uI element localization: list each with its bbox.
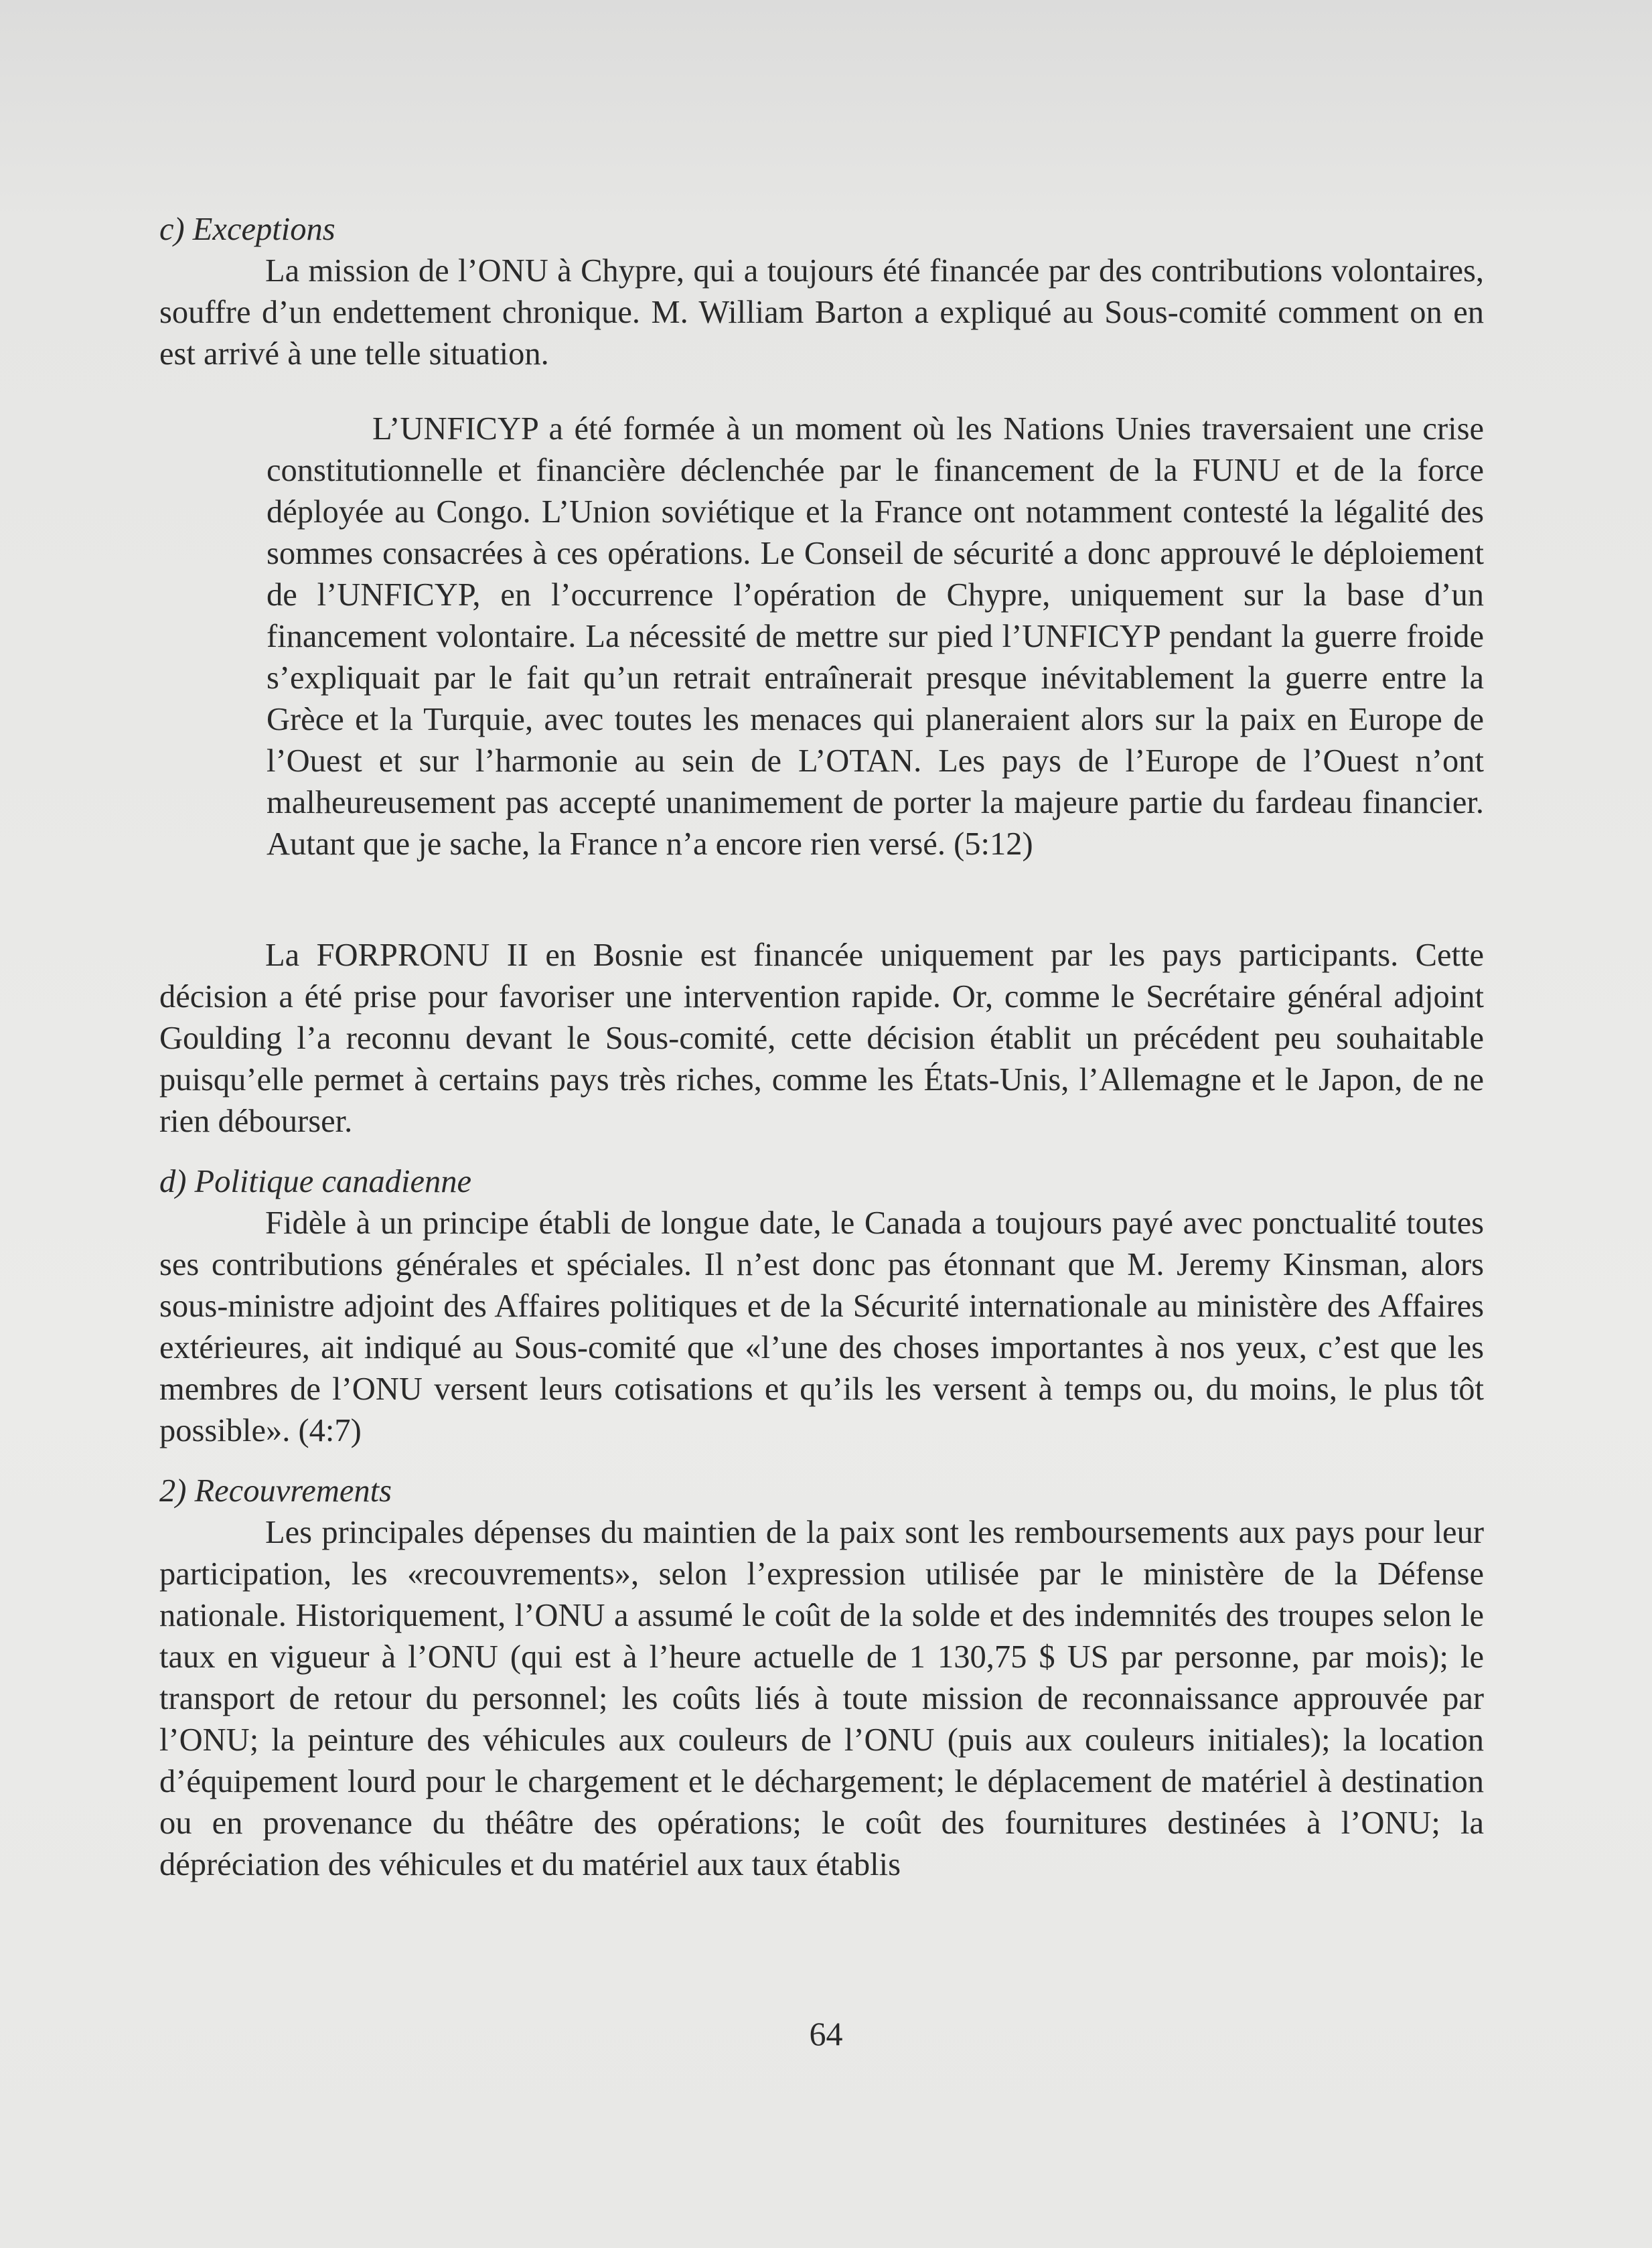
spacer bbox=[159, 375, 1484, 408]
quote-text: L’UNFICYP a été formée à un moment où le… bbox=[267, 408, 1484, 865]
paragraph-recouvrements: Les principales dépenses du maintien de … bbox=[159, 1512, 1484, 1886]
section-heading-exceptions: c) Exceptions bbox=[159, 209, 1484, 250]
paragraph-forpronu: La FORPRONU II en Bosnie est financée un… bbox=[159, 935, 1484, 1142]
paragraph-canada-policy: Fidèle à un principe établi de longue da… bbox=[159, 1203, 1484, 1452]
spacer bbox=[159, 1452, 1484, 1471]
section-heading-politique-canadienne: d) Politique canadienne bbox=[159, 1161, 1484, 1203]
paragraph-cyprus-mission: La mission de l’ONU à Chypre, qui a touj… bbox=[159, 250, 1484, 375]
spacer bbox=[159, 1142, 1484, 1161]
page-body: c) Exceptions La mission de l’ONU à Chyp… bbox=[159, 209, 1484, 1886]
spacer bbox=[159, 865, 1484, 935]
section-heading-recouvrements: 2) Recouvrements bbox=[159, 1471, 1484, 1512]
block-quote-barton: L’UNFICYP a été formée à un moment où le… bbox=[267, 408, 1484, 865]
scanned-page: c) Exceptions La mission de l’ONU à Chyp… bbox=[0, 0, 1652, 2248]
page-number: 64 bbox=[0, 2014, 1652, 2053]
